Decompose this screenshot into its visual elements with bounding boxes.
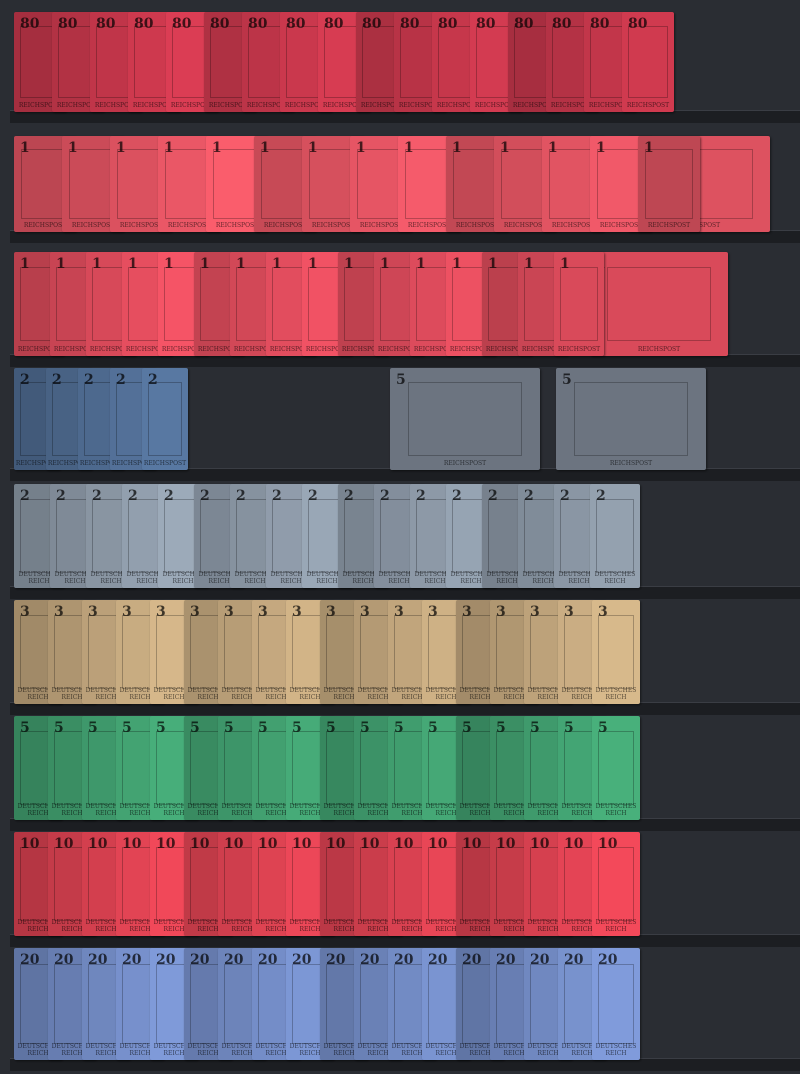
stamp-value: 10 [20,836,39,852]
stamp-value: 5 [326,720,336,736]
stamp-value: 3 [564,604,574,620]
stamp-value: 1 [308,256,318,272]
stamp-value: 2 [128,488,138,504]
stamp-row: 2REICHSPOST2REICHSPOST2REICHSPOST2REICHS… [14,368,174,470]
stamp-row: 5DEUTSCHES REICH5DEUTSCHES REICH5DEUTSCH… [14,716,626,820]
stamp-value: 5 [88,720,98,736]
stamp-value: 80 [476,16,495,32]
stamp-large: 1REICHSPOST [590,252,728,356]
stamp-value: 80 [210,16,229,32]
stamp-value: 10 [530,836,549,852]
stamp-value: 5 [122,720,132,736]
stamp-value: 2 [416,488,426,504]
stamp-value: 10 [496,836,515,852]
stamp-value: 3 [156,604,166,620]
stamp-value: 3 [20,604,30,620]
stamp-value: 20 [496,952,515,968]
stamp-value: 80 [514,16,533,32]
stamp-value: 5 [564,720,574,736]
stamp-value: 1 [212,140,222,156]
stamp: 2REICHSPOST [142,368,188,470]
stamp-value: 80 [96,16,115,32]
stamp-value: 1 [20,256,30,272]
stamp-value: 3 [292,604,302,620]
stamp-value: 1 [452,140,462,156]
stamp-value: 20 [156,952,175,968]
stamp-value: 1 [524,256,534,272]
stamp-value: 1 [356,140,366,156]
stamp-value: 2 [200,488,210,504]
stamp-value: 2 [344,488,354,504]
stamp-value: 2 [452,488,462,504]
stamp-value: 2 [380,488,390,504]
stamp: 20DEUTSCHES REICH [592,948,640,1060]
stamp-value: 2 [164,488,174,504]
stamp-inscription: DEUTSCHES REICH [592,687,640,701]
stamp-value: 80 [286,16,305,32]
stamp-value: 2 [272,488,282,504]
stamp-value: 1 [200,256,210,272]
stamp-value: 3 [360,604,370,620]
stamp-row: 1REICHSPOST1REICHSPOST1REICHSPOST1REICHS… [14,252,590,356]
stamp-value: 20 [394,952,413,968]
stamp-inscription: REICHSPOST [554,346,604,353]
stamp-value: 2 [308,488,318,504]
stamp-value: 10 [258,836,277,852]
stamp-value: 3 [122,604,132,620]
stamp-inscription: REICHSPOST [638,222,700,229]
stamp: 5DEUTSCHES REICH [592,716,640,820]
stamp-value: 1 [452,256,462,272]
stamp-value: 5 [258,720,268,736]
stamp-inscription: DEUTSCHES REICH [592,803,640,817]
stamp-value: 5 [190,720,200,736]
stamp-value: 1 [596,140,606,156]
stamp-value: 1 [308,140,318,156]
stamp-value: 20 [258,952,277,968]
stamp-value: 5 [530,720,540,736]
stamp-value: 80 [172,16,191,32]
stamp: 2DEUTSCHES REICH [590,484,640,588]
stamp-value: 2 [560,488,570,504]
stamp-value: 5 [462,720,472,736]
stamp-value: 5 [598,720,608,736]
stamp: 80REICHSPOST [622,12,674,112]
stamp-value: 1 [500,140,510,156]
stamp-value: 3 [496,604,506,620]
stamp-value: 20 [530,952,549,968]
stamp-value: 20 [224,952,243,968]
stamp-value: 80 [400,16,419,32]
stamp-value: 3 [428,604,438,620]
stamp-value: 80 [20,16,39,32]
stamp-value: 1 [272,256,282,272]
stamp-value: 2 [84,372,94,388]
stamp-value: 10 [564,836,583,852]
stamp-value: 1 [236,256,246,272]
stamp-value: 20 [598,952,617,968]
stamp-value: 2 [52,372,62,388]
stamp-value: 5 [360,720,370,736]
stamp-value: 10 [190,836,209,852]
stamp-value: 5 [54,720,64,736]
stamp-value: 1 [380,256,390,272]
stamp-value: 3 [394,604,404,620]
stamp-value: 1 [128,256,138,272]
stamp-value: 80 [134,16,153,32]
stamp-row: 80REICHSPOST80REICHSPOST80REICHSPOST80RE… [14,12,660,112]
stamp-value: 3 [530,604,540,620]
stamp-value: 10 [428,836,447,852]
stamp-value: 10 [122,836,141,852]
stamp-value: 80 [362,16,381,32]
stamp-value: 80 [58,16,77,32]
stamp-value: 5 [394,720,404,736]
stamp-value: 1 [260,140,270,156]
stamp-value: 3 [326,604,336,620]
stamp-value: 5 [496,720,506,736]
stamp-value: 5 [428,720,438,736]
stamp-value: 1 [20,140,30,156]
stamp-value: 5 [292,720,302,736]
stamp-value: 80 [248,16,267,32]
stamp-value: 20 [292,952,311,968]
stamp: 1REICHSPOST [638,136,700,232]
stamp-value: 2 [236,488,246,504]
stamp-value: 3 [88,604,98,620]
stamp-value: 2 [488,488,498,504]
stamp-value: 2 [596,488,606,504]
stamp-value: 10 [292,836,311,852]
stamp-value: 1 [116,140,126,156]
stamp: 1REICHSPOST [554,252,604,356]
stamp-value: 1 [560,256,570,272]
stamp-value: 10 [156,836,175,852]
stamp-value: 10 [88,836,107,852]
stamp-value: 1 [548,140,558,156]
stamp-value: 80 [590,16,609,32]
stamp-value: 80 [438,16,457,32]
stamp-value: 5 [224,720,234,736]
stamp-large: 5REICHSPOST [556,368,706,470]
stamp-value: 2 [20,488,30,504]
stamp-value: 3 [54,604,64,620]
stamp-inscription: DEUTSCHES REICH [592,1043,640,1057]
stamp-row: 2DEUTSCHES REICH2DEUTSCHES REICH2DEUTSCH… [14,484,626,588]
stamp-value: 20 [190,952,209,968]
stamp-inscription: DEUTSCHES REICH [590,571,640,585]
stamp-value: 20 [88,952,107,968]
stamp-value: 2 [524,488,534,504]
stamp-value: 3 [190,604,200,620]
stamp-value: 1 [488,256,498,272]
stamp-value: 3 [598,604,608,620]
stamp-value: 20 [326,952,345,968]
stamp-value: 80 [324,16,343,32]
stamp-value: 1 [68,140,78,156]
stamp-value: 3 [224,604,234,620]
stamp-value: 10 [326,836,345,852]
stamp-value: 80 [628,16,647,32]
stamp-value: 10 [462,836,481,852]
stamp-value: 20 [462,952,481,968]
stamp-value: 2 [56,488,66,504]
stamp-value: 20 [54,952,73,968]
stamp-value: 1 [404,140,414,156]
stamp-value: 1 [56,256,66,272]
stamp-value: 1 [164,140,174,156]
stamp-value: 5 [20,720,30,736]
stamp: 3DEUTSCHES REICH [592,600,640,704]
stamp-value: 20 [360,952,379,968]
stamp-inscription: REICHSPOST [622,102,674,109]
stamp-value: 5 [156,720,166,736]
stamp-value: 1 [164,256,174,272]
stamp-value: 2 [148,372,158,388]
stamp-value: 1 [416,256,426,272]
stamp-value: 3 [462,604,472,620]
stamp-value: 1 [92,256,102,272]
stamp-value: 1 [644,140,654,156]
stamp-value: 10 [598,836,617,852]
stamp-value: 20 [122,952,141,968]
stamp-value: 20 [564,952,583,968]
stamp-value: 10 [54,836,73,852]
stamp-value: 2 [92,488,102,504]
stamp-value: 80 [552,16,571,32]
stamp-row: 3DEUTSCHES REICH3DEUTSCHES REICH3DEUTSCH… [14,600,626,704]
stamp-row: 20DEUTSCHES REICH20DEUTSCHES REICH20DEUT… [14,948,626,1060]
stamp-value: 20 [20,952,39,968]
stamp-value: 10 [224,836,243,852]
stamp-value: 20 [428,952,447,968]
stamp-row: 10DEUTSCHES REICH10DEUTSCHES REICH10DEUT… [14,832,626,936]
stamp-value: 3 [258,604,268,620]
stamp-inscription: REICHSPOST [142,460,188,467]
stamp-value: 2 [20,372,30,388]
stamp-value: 2 [116,372,126,388]
stamp-value: 1 [344,256,354,272]
stamp-large: 5REICHSPOST [390,368,540,470]
stamp: 10DEUTSCHES REICH [592,832,640,936]
stamp-inscription: DEUTSCHES REICH [592,919,640,933]
stamp-row: 1REICHSPOST1REICHSPOST1REICHSPOST1REICHS… [14,136,686,232]
stamp-value: 10 [360,836,379,852]
stamp-value: 10 [394,836,413,852]
